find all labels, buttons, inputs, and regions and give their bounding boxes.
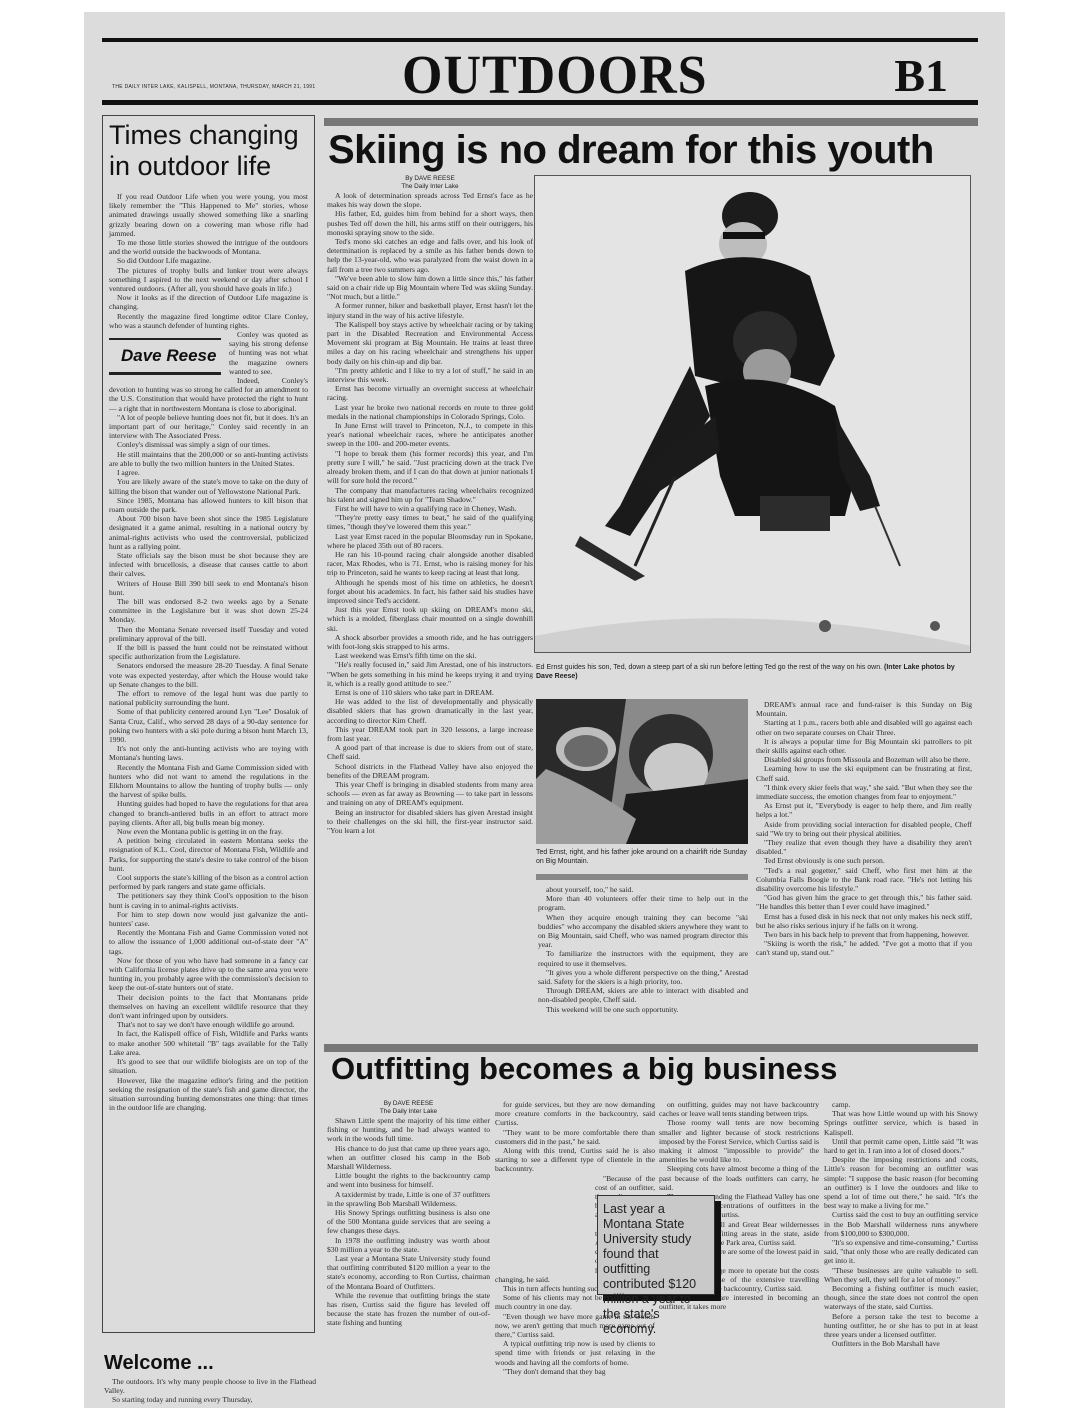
- story-paragraph: DREAM's annual race and fund-raiser is t…: [756, 700, 972, 718]
- story-paragraph: As Ernst put it, "Everybody is eager to …: [756, 801, 972, 819]
- newspaper-page: The Daily Inter Lake, Kalispell, Montana…: [84, 12, 1005, 1408]
- story-paragraph: "I hope to break them (his former record…: [327, 449, 533, 486]
- story-paragraph: Shawn Little spent the majority of his t…: [327, 1116, 490, 1144]
- column-paragraph: To me those little stories showed the in…: [109, 238, 308, 256]
- masthead-dateline: The Daily Inter Lake, Kalispell, Montana…: [112, 84, 315, 90]
- story-paragraph: on outfitting, guides may not have backc…: [659, 1100, 819, 1118]
- story-paragraph: "We've been able to slow him down a litt…: [327, 274, 533, 302]
- story-paragraph: camp.: [824, 1100, 978, 1109]
- column-body: If you read Outdoor Life when you were y…: [109, 192, 308, 1112]
- column-paragraph: However, like the magazine editor's firi…: [109, 1076, 308, 1113]
- story-paragraph: School districts in the Flathead Valley …: [327, 762, 533, 780]
- ski-story-byline-org: The Daily Inter Lake: [327, 183, 533, 191]
- columnist-name: Dave Reese: [109, 346, 221, 366]
- welcome-section: Welcome ... The outdoors. It's why many …: [104, 1352, 316, 1405]
- story-paragraph: Last year a Montana State University stu…: [327, 1254, 490, 1291]
- column-paragraph: So did Outdoor Life magazine.: [109, 256, 308, 265]
- skiing-photo: [534, 175, 971, 653]
- column-paragraph: State officials say the bison must be sh…: [109, 551, 308, 579]
- column-paragraph: It's not only the anti-hunting activists…: [109, 744, 308, 762]
- story-paragraph: To familiarize the instructors with the …: [538, 949, 748, 967]
- ski-story-column-1: By DAVE REESE The Daily Inter Lake A loo…: [327, 175, 533, 1020]
- main-photo-caption: Ed Ernst guides his son, Ted, down a ste…: [536, 663, 973, 681]
- story-paragraph: The company that manufactures racing whe…: [327, 486, 533, 504]
- column-paragraph: Recently the magazine fired longtime edi…: [109, 312, 308, 330]
- welcome-title: Welcome ...: [104, 1352, 316, 1374]
- masthead-bottom-rule: [102, 100, 978, 105]
- column-paragraph: Recently the Montana Fish and Game Commi…: [109, 763, 308, 800]
- outfitting-story-headline: Outfitting becomes a big business: [331, 1052, 837, 1086]
- story-paragraph: for guide services, but they are now dem…: [495, 1100, 655, 1128]
- story-paragraph: More than 40 volunteers offer their time…: [538, 894, 748, 912]
- story-paragraph: Ernst is one of 110 skiers who take part…: [327, 688, 533, 697]
- story-paragraph: Through DREAM, skiers are able to intera…: [538, 986, 748, 1004]
- byline-rule: [109, 338, 221, 340]
- story-paragraph: When they acquire enough training they c…: [538, 913, 748, 950]
- column-paragraph: He still maintains that the 200,000 or s…: [109, 450, 308, 468]
- main-photo-caption-text: Ed Ernst guides his son, Ted, down a ste…: [536, 664, 882, 671]
- story-paragraph: He was added to the list of developmenta…: [327, 697, 533, 725]
- story-paragraph: "Ted's a real gogetter," said Cheff, who…: [756, 866, 972, 894]
- column-paragraph: The pictures of trophy bulls and lunker …: [109, 266, 308, 294]
- story-paragraph: Learning how to use the ski equipment ca…: [756, 764, 972, 782]
- story-paragraph: Ted's mono ski catches an edge and falls…: [327, 237, 533, 274]
- story-paragraph: "God has given him the grace to get thro…: [756, 893, 972, 911]
- story-paragraph: This year Cheff is bringing in disabled …: [327, 780, 533, 808]
- story-paragraph: "These businesses are quite valuable to …: [824, 1266, 978, 1284]
- column-paragraph: You are likely aware of the state's move…: [109, 477, 308, 495]
- ski-story-column-4: DREAM's annual race and fund-raiser is t…: [756, 700, 972, 1018]
- story-paragraph: Before a person take the test to become …: [824, 1312, 978, 1340]
- story-paragraph: Curtiss said the cost to buy an outfitti…: [824, 1210, 978, 1238]
- outfitting-column-1: By DAVE REESE The Daily Inter Lake Shawn…: [327, 1100, 490, 1408]
- story-paragraph: This weekend will be one such opportunit…: [538, 1005, 748, 1014]
- welcome-paragraph: The outdoors. It's why many people choos…: [104, 1377, 316, 1395]
- column-paragraph: If you read Outdoor Life when you were y…: [109, 192, 308, 238]
- story-paragraph: A good part of that increase is due to s…: [327, 743, 533, 761]
- story-paragraph: Outfitters in the Bob Marshall have: [824, 1339, 978, 1348]
- story-paragraph: The Kalispell boy stays active by wheelc…: [327, 320, 533, 366]
- story-paragraph: Aside from providing social interaction …: [756, 820, 972, 838]
- story-paragraph: "He's really focused in," said Jim Arest…: [327, 660, 533, 688]
- skiers-photo-image: [535, 176, 971, 653]
- column-paragraph: It's good to see that our wildlife biolo…: [109, 1057, 308, 1075]
- section-title: OUTDOORS: [402, 47, 708, 106]
- column-paragraph: The effort to remove of the legal hunt w…: [109, 689, 308, 707]
- story-paragraph: Starting at 1 p.m., racers both able and…: [756, 718, 972, 736]
- masthead-top-rule: [102, 38, 978, 42]
- column-paragraph: A petition being circulated in eastern M…: [109, 836, 308, 873]
- story-paragraph: Becoming a fishing outfitter is much eas…: [824, 1284, 978, 1312]
- column-paragraph: If the bill is passed the hunt could not…: [109, 643, 308, 661]
- story-paragraph: His chance to do just that came up three…: [327, 1144, 490, 1172]
- column-paragraph: About 700 bison have been shot since the…: [109, 514, 308, 551]
- story-paragraph: "They don't demand that they bag: [495, 1367, 655, 1376]
- story-paragraph: about yourself, too," he said.: [538, 885, 748, 894]
- outfitting-body: Shawn Little spent the majority of his t…: [327, 1116, 490, 1328]
- story-paragraph: "They realize that even though they have…: [756, 838, 972, 856]
- story-paragraph: Ernst has become virtually an overnight …: [327, 384, 533, 402]
- byline-rule: [109, 372, 221, 375]
- column-paragraph: The petitioners say they think Cool's op…: [109, 891, 308, 909]
- column-paragraph: Some of that publicity centered around L…: [109, 707, 308, 744]
- page-number: B1: [894, 50, 948, 102]
- outfitting-byline-org: The Daily Inter Lake: [327, 1108, 490, 1116]
- story-paragraph: That was how Little wound up with his Sn…: [824, 1109, 978, 1137]
- column-paragraph: Then the Montana Senate reversed itself …: [109, 625, 308, 643]
- column-paragraph: Their decision points to the fact that M…: [109, 993, 308, 1021]
- outfitting-byline: By DAVE REESE: [327, 1100, 490, 1108]
- column-paragraph: Since 1985, Montana has allowed hunters …: [109, 496, 308, 514]
- story-paragraph: His father, Ed, guides him from behind f…: [327, 209, 533, 237]
- story-paragraph: Although he spends most of his time on a…: [327, 578, 533, 606]
- story-divider-bar: [324, 118, 978, 126]
- story-paragraph: Until that permit came open, Little said…: [824, 1137, 978, 1155]
- caption-divider-bar: [536, 874, 748, 880]
- welcome-body: The outdoors. It's why many people choos…: [104, 1377, 316, 1405]
- story-paragraph: He ran his 10-pound racing chair alongsi…: [327, 550, 533, 578]
- column-paragraph: Senators endorsed the measure 28-20 Tues…: [109, 661, 308, 689]
- story-paragraph: "Skiing is worth the risk," he added. "I…: [756, 939, 972, 957]
- story-paragraph: Ernst has a fused disk in his neck that …: [756, 912, 972, 930]
- column-paragraph: Writers of House Bill 390 bill seek to e…: [109, 579, 308, 597]
- story-paragraph: Ted Ernst obviously is one such person.: [756, 856, 972, 865]
- chairlift-photo: [536, 699, 748, 844]
- masthead: The Daily Inter Lake, Kalispell, Montana…: [102, 36, 978, 116]
- story-paragraph: A former runner, hiker and basketball pl…: [327, 301, 533, 319]
- column-title: Times changing in outdoor life: [109, 120, 308, 182]
- story-paragraph: Along with this trend, Curtiss said he i…: [495, 1146, 655, 1174]
- story-paragraph: "I'm pretty athletic and I like to try a…: [327, 366, 533, 384]
- column-paragraph: Now for those of you who have had someon…: [109, 956, 308, 993]
- story-paragraph: Being an instructor for disabled skiers …: [327, 808, 533, 836]
- story-paragraph: "It's so expensive and time-consuming," …: [824, 1238, 978, 1266]
- story-paragraph: A shock absorber provides a smooth ride,…: [327, 633, 533, 651]
- ski-story-column-3: about yourself, too," he said. More than…: [538, 885, 748, 1015]
- story-paragraph: Disabled ski groups from Missoula and Bo…: [756, 755, 972, 764]
- story-paragraph: "They want to be more comfortable there …: [495, 1128, 655, 1146]
- story-paragraph: A taxidermist by trade, Little is one of…: [327, 1190, 490, 1208]
- column-paragraph: Conley's dismissal was simply a sign of …: [109, 440, 308, 449]
- story-paragraph: In 1978 the outfitting industry was wort…: [327, 1236, 490, 1254]
- story-paragraph: A typical outfitting trip now is used by…: [495, 1339, 655, 1367]
- story-paragraph: Last year he broke two national records …: [327, 403, 533, 421]
- column-paragraph: I agree.: [109, 468, 308, 477]
- story-paragraph: His Snowy Springs outfitting business is…: [327, 1208, 490, 1236]
- story-paragraph: First he will have to win a qualifying r…: [327, 504, 533, 513]
- story-paragraph: This year DREAM took part in 320 lessons…: [327, 725, 533, 743]
- pullquote-spacer: [495, 1174, 595, 1274]
- story-paragraph: "I think every skier feels that way," sh…: [756, 783, 972, 801]
- column-paragraph: The bill was endorsed 8-2 two weeks ago …: [109, 597, 308, 625]
- story-paragraph: "It gives you a whole different perspect…: [538, 968, 748, 986]
- story-paragraph: Last weekend was Ernst's fifth time on t…: [327, 651, 533, 660]
- story-paragraph: Those roomy wall tents are now becoming …: [659, 1118, 819, 1164]
- pullquote: Last year a Montana State University stu…: [597, 1195, 715, 1295]
- columnist-byline: Dave Reese: [109, 336, 221, 377]
- story-paragraph: "They're pretty easy times to beat," he …: [327, 513, 533, 531]
- chairlift-photo-image: [536, 699, 748, 844]
- story-paragraph: While the revenue that outfitting brings…: [327, 1291, 490, 1328]
- story-paragraph: It is always a popular time for Big Moun…: [756, 737, 972, 755]
- story-paragraph: Last year Ernst raced in the popular Blo…: [327, 532, 533, 550]
- column-paragraph: For him to step down now would just galv…: [109, 910, 308, 928]
- welcome-paragraph: So starting today and running every Thur…: [104, 1395, 316, 1404]
- ski-story-body: A look of determination spreads across T…: [327, 191, 533, 835]
- story-paragraph: A look of determination spreads across T…: [327, 191, 533, 209]
- opinion-column: Times changing in outdoor life If you re…: [102, 115, 315, 1333]
- column-paragraph: Recently the Montana Fish and Game Commi…: [109, 928, 308, 956]
- column-paragraph: That's not to say we don't have enough w…: [109, 1020, 308, 1029]
- story-paragraph: Despite the imposing restrictions and co…: [824, 1155, 978, 1210]
- small-photo-caption: Ted Ernst, right, and his father joke ar…: [536, 848, 748, 866]
- story-paragraph: Just this year Ernst took up skiing on D…: [327, 605, 533, 633]
- ski-story-byline: By DAVE REESE: [327, 175, 533, 183]
- story-paragraph: In June Ernst will travel to Princeton, …: [327, 421, 533, 449]
- column-paragraph: In fact, the Kalispell office of Fish, W…: [109, 1029, 308, 1057]
- story-paragraph: Two bars in his back help to prevent tha…: [756, 930, 972, 939]
- column-paragraph: Cool supports the state's killing of the…: [109, 873, 308, 891]
- column-paragraph: Hunting guides had hoped to have the reg…: [109, 799, 308, 827]
- story-paragraph: Sleeping cots have almost become a thing…: [659, 1164, 819, 1192]
- column-paragraph: Now it looks as if the direction of Outd…: [109, 293, 308, 311]
- outfitting-column-4: camp. That was how Little wound up with …: [824, 1100, 978, 1408]
- ski-story-headline: Skiing is no dream for this youth: [328, 128, 934, 172]
- column-paragraph: Indeed, Conley's devotion to hunting was…: [109, 376, 308, 413]
- column-paragraph: Now even the Montana public is getting i…: [109, 827, 308, 836]
- column-paragraph: "A lot of people believe hunting does no…: [109, 413, 308, 441]
- story-paragraph: Little bought the rights to the backcoun…: [327, 1171, 490, 1189]
